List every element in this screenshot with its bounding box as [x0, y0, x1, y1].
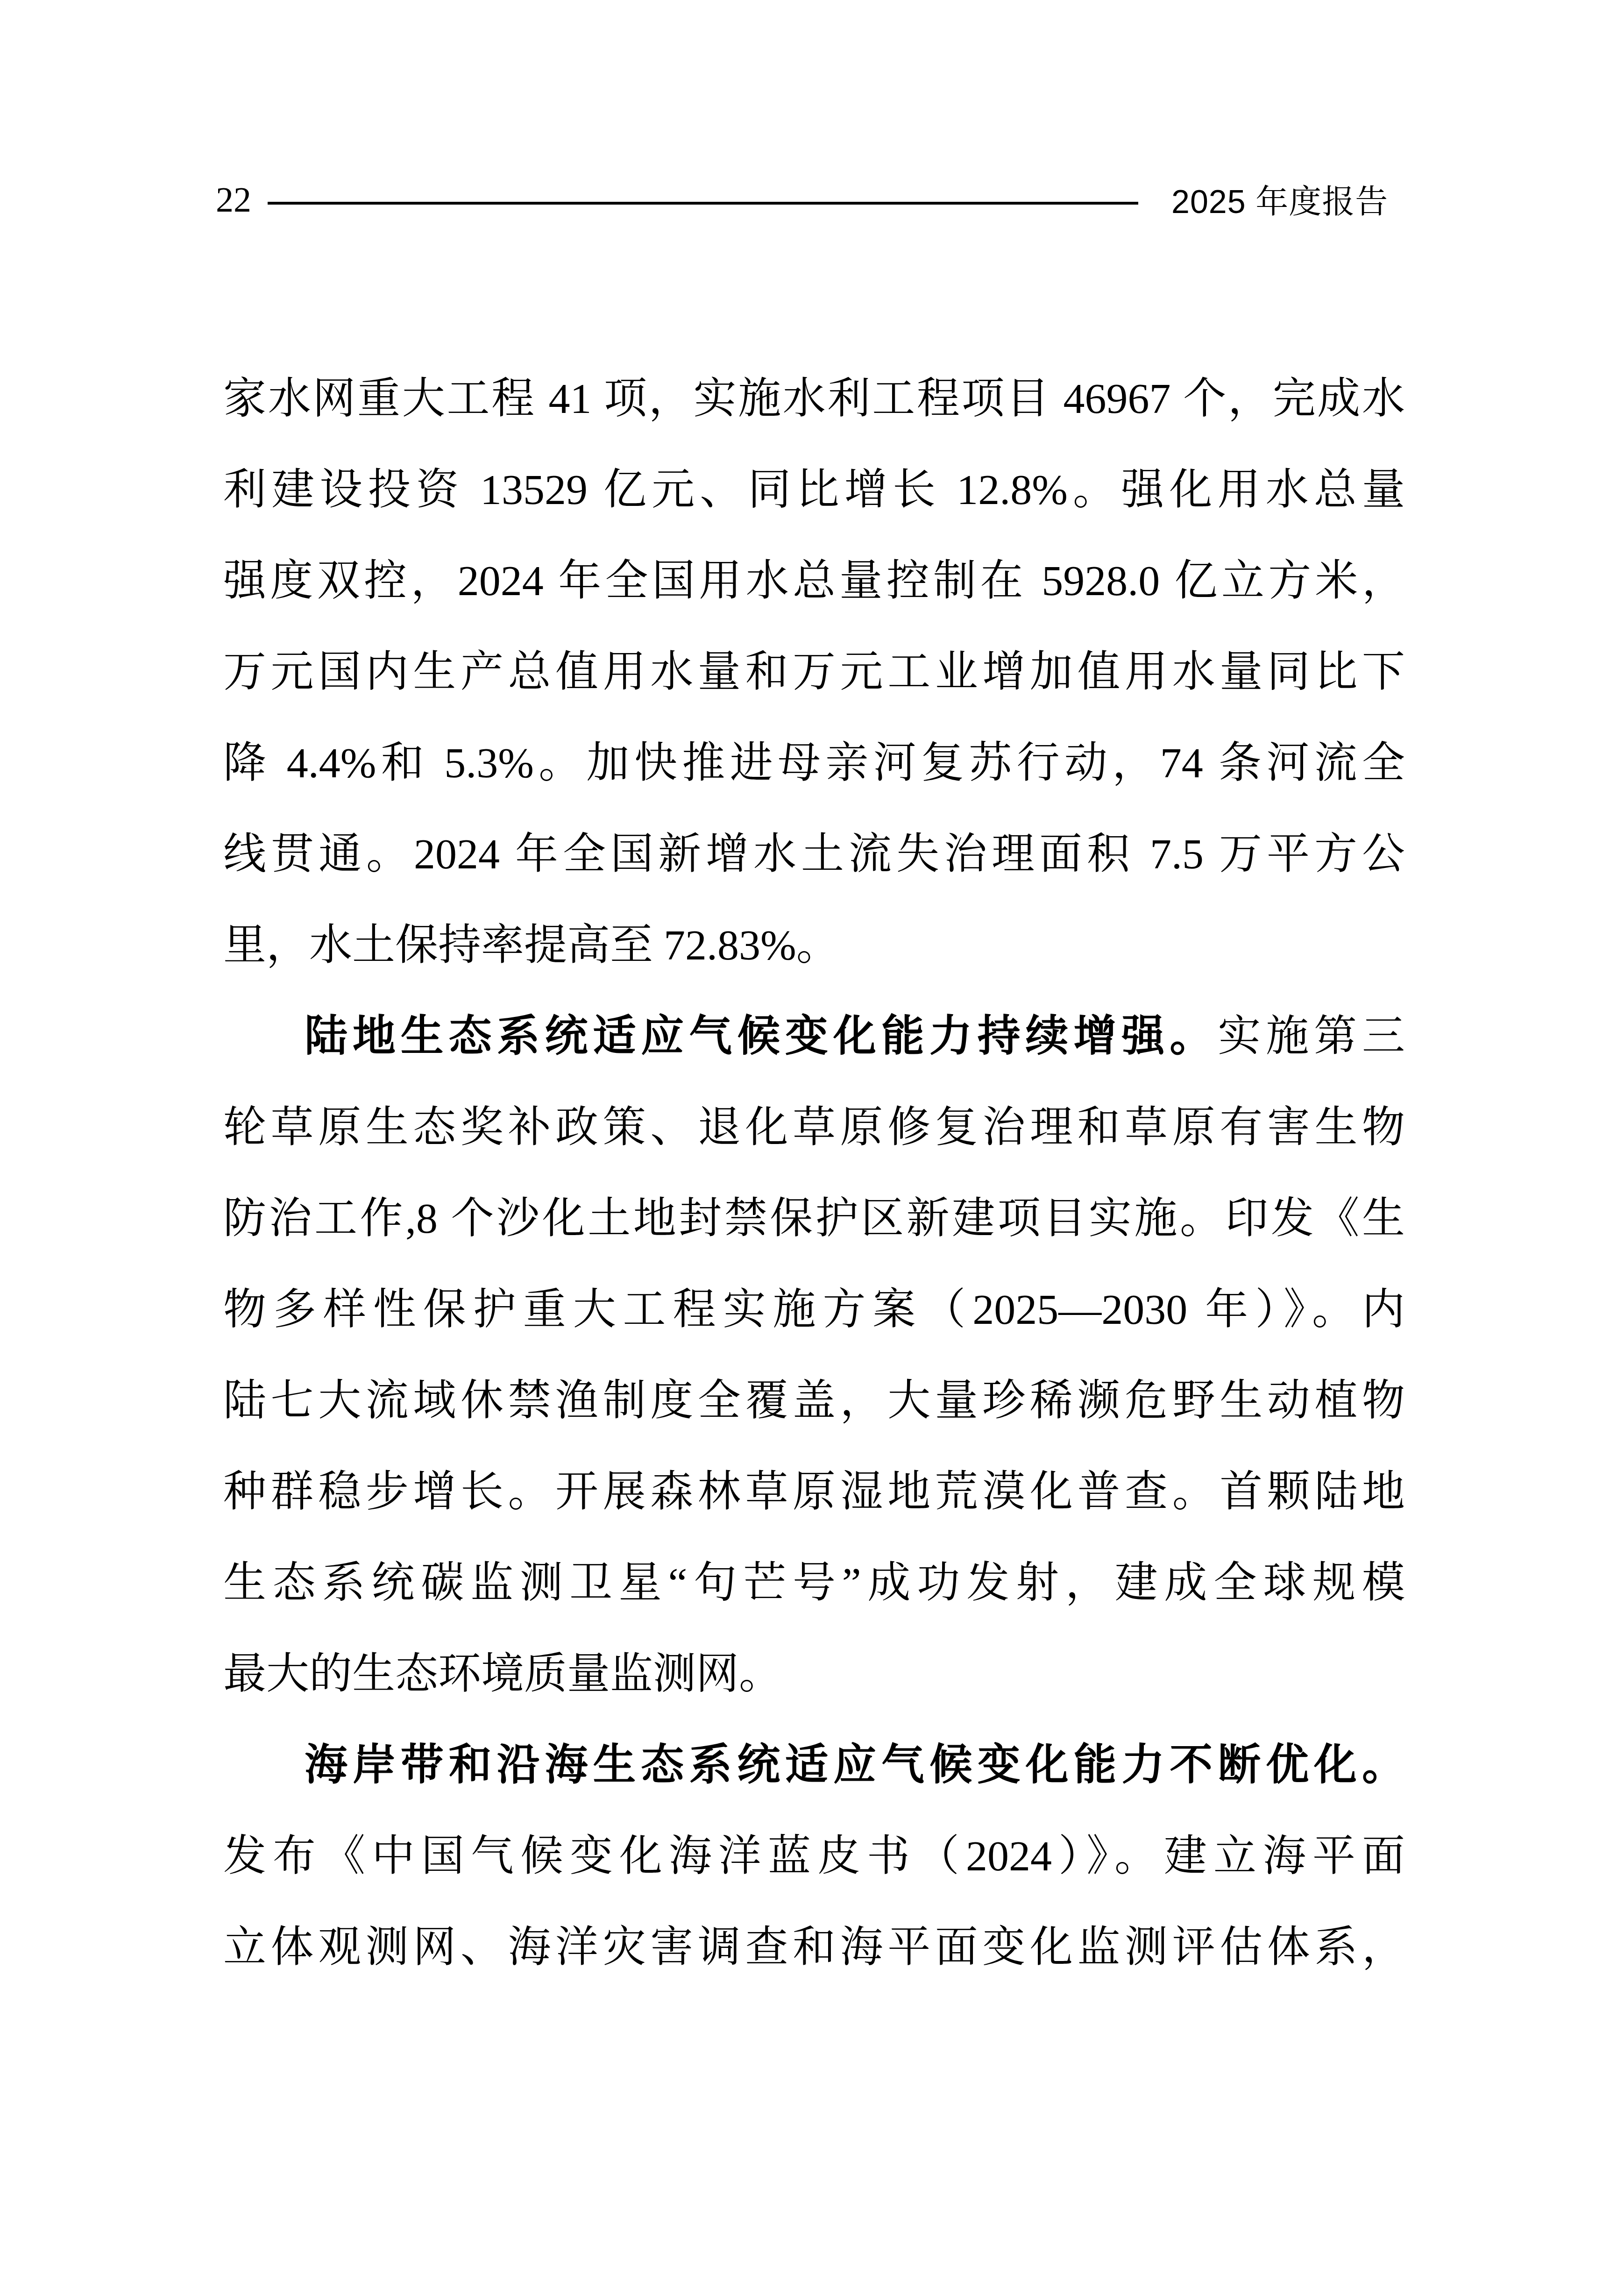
paragraph-terrestrial-ecosystems: 陆地生态系统适应气候变化能力持续增强。实施第三 轮草原生态奖补政策、退化草原修复…: [223, 991, 1405, 1719]
text-line: 种群稳步增长。开展森林草原湿地荒漠化普查。首颗陆地: [223, 1446, 1405, 1537]
text-line: 生态系统碳监测卫星“句芒号”成功发射，建成全球规模: [223, 1537, 1405, 1628]
header-rule-divider: [268, 202, 1138, 205]
text-line-with-heading: 陆地生态系统适应气候变化能力持续增强。实施第三: [223, 991, 1405, 1082]
section-heading-terrestrial: 陆地生态系统适应气候变化能力持续增强。: [305, 1012, 1218, 1060]
page-header: 22 2025 年度报告: [0, 0, 1624, 243]
section-heading-coastal: 海岸带和沿海生态系统适应气候变化能力不断优化。: [223, 1719, 1405, 1811]
body-text: 家水网重大工程 41 项，实施水利工程项目 46967 个，完成水 利建设投资 …: [223, 353, 1405, 1993]
text-line: 利建设投资 13529 亿元、同比增长 12.8%。强化用水总量: [223, 444, 1405, 535]
text-line: 立体观测网、海洋灾害调查和海平面变化监测评估体系，: [223, 1902, 1405, 1993]
text-line: 万元国内生产总值用水量和万元工业增加值用水量同比下: [223, 626, 1405, 718]
text-line: 轮草原生态奖补政策、退化草原修复治理和草原有害生物: [223, 1082, 1405, 1173]
text-line: 发布《中国气候变化海洋蓝皮书（2024）》。建立海平面: [223, 1811, 1405, 1902]
text-line: 陆七大流域休禁渔制度全覆盖，大量珍稀濒危野生动植物: [223, 1355, 1405, 1446]
text-line: 防治工作,8 个沙化土地封禁保护区新建项目实施。印发《生: [223, 1173, 1405, 1264]
text-line: 最大的生态环境质量监测网。: [223, 1628, 1405, 1719]
text-line: 家水网重大工程 41 项，实施水利工程项目 46967 个，完成水: [223, 353, 1405, 444]
text-line: 里，水土保持率提高至 72.83%。: [223, 900, 1405, 991]
text-line: 线贯通。2024 年全国新增水土流失治理面积 7.5 万平方公: [223, 809, 1405, 900]
text-line: 物多样性保护重大工程实施方案（2025—2030 年）》。内: [223, 1264, 1405, 1355]
page-number: 22: [216, 181, 251, 219]
running-header-title: 2025 年度报告: [1171, 183, 1388, 220]
text-line: 降 4.4%和 5.3%。加快推进母亲河复苏行动，74 条河流全: [223, 718, 1405, 809]
text-line: 强度双控，2024 年全国用水总量控制在 5928.0 亿立方米，: [223, 535, 1405, 626]
paragraph-water-resources: 家水网重大工程 41 项，实施水利工程项目 46967 个，完成水 利建设投资 …: [223, 353, 1405, 991]
heading-line-continuation: 实施第三: [1218, 1012, 1405, 1060]
paragraph-coastal-ecosystems: 海岸带和沿海生态系统适应气候变化能力不断优化。 发布《中国气候变化海洋蓝皮书（2…: [223, 1719, 1405, 1993]
